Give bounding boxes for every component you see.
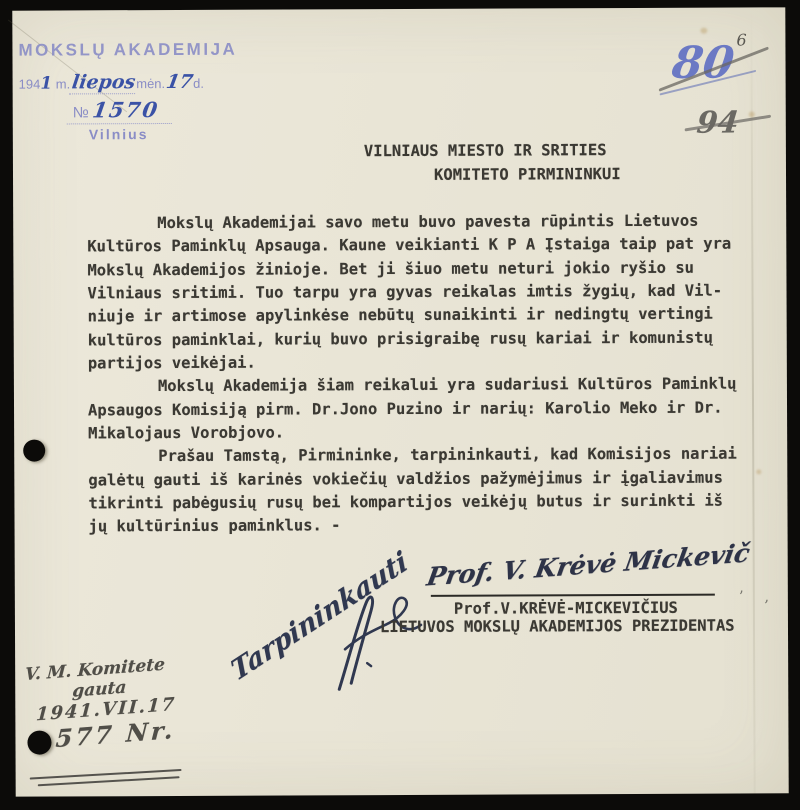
initials-scribble: [301, 571, 432, 702]
body-line: Prašau Tamstą, Pirmininke, tarpininkauti…: [88, 445, 737, 471]
body-line: Mokslų Akademijai savo metu buvo pavesta…: [87, 212, 736, 238]
body-line: Mikalojaus Vorobjovo.: [88, 422, 737, 448]
signature-underline: [431, 594, 715, 597]
stamp-day-handwritten: 17: [163, 71, 195, 93]
stamp-number-handwritten: 1570: [91, 97, 161, 122]
body-line: partijos veikėjai.: [88, 352, 737, 378]
body-line: Mokslų Akademijos žinioje. Bet ji šiuo m…: [87, 258, 736, 284]
body-line: niuje ir artimose apylinkėse nebūtų suna…: [88, 305, 737, 331]
punch-hole: [23, 440, 45, 462]
paper-stain: [700, 28, 707, 34]
body-line: Mokslų Akademija šiam reikalui yra sudar…: [88, 375, 737, 401]
addressee-line-1: VILNIAUS MIESTO IR SRITIES: [364, 139, 621, 164]
stamp-no-label: №: [73, 104, 89, 121]
paper-stain: [756, 469, 761, 474]
stamp-city: Vilnius: [89, 126, 244, 143]
crossed-number-94: 94: [695, 106, 740, 141]
body-line: galėtų gauti iš karinės vokiečių valdžio…: [88, 468, 737, 494]
body-line: tikrinti pabėgusių rusų bei kompartijos …: [88, 492, 737, 518]
stamp-year-handwritten: 1: [40, 74, 52, 94]
stamp-m-label: m.: [56, 76, 71, 91]
pencil-superscript-6: 6: [736, 30, 746, 49]
stamp-year-prefix: 194: [19, 77, 41, 92]
stamp-men-label: mėn.: [136, 76, 165, 91]
paper-crease-vertical: [750, 7, 755, 793]
signatory-typed-role: LIETUVOS MOKSLŲ AKADEMIJOS PREZIDENTAS: [380, 617, 735, 637]
stamp-number-line: № 1570: [67, 97, 172, 124]
stamp-d-label: d.: [193, 76, 204, 91]
handwritten-signature: Prof. V. Krėvė Mickevič: [425, 540, 729, 592]
body-line: Vilniaus sritimi. Tuo tarpu yra gyvas re…: [87, 282, 736, 308]
document-paper: MOKSLŲ AKADEMIJA 1941 m.lieposmėn.17d. №…: [12, 7, 788, 796]
stamp-month-handwritten: liepos: [69, 71, 138, 94]
body-line: kultūros paminklai, kurių buvo prisigrai…: [88, 328, 737, 354]
signatory-typed-name: Prof.V.KRĖVĖ-MICKEVIČIUS: [454, 599, 678, 618]
letter-body: Mokslų Akademijai savo metu buvo pavesta…: [87, 212, 737, 542]
addressee-line-2: KOMITETO PIRMININKUI: [364, 163, 621, 188]
addressee-title: VILNIAUS MIESTO IR SRITIES KOMITETO PIRM…: [364, 139, 621, 187]
body-line: Kultūros Paminklų Apsauga. Kaune veikian…: [87, 235, 736, 261]
punch-hole: [27, 731, 51, 755]
stamp-date-line: 1941 m.lieposmėn.17d.: [19, 71, 244, 95]
body-line: Apsaugos Komisiją pirm. Dr.Jono Puzino i…: [88, 398, 737, 424]
received-note: V. M. Komitete gauta 1941.VII.17 577 Nr.: [24, 652, 210, 755]
stamp-org-name: MOKSLŲ AKADEMIJA: [18, 40, 243, 61]
pencil-marks: ’ ,: [739, 587, 777, 605]
registry-stamp: MOKSLŲ AKADEMIJA 1941 m.lieposmėn.17d. №…: [18, 40, 243, 143]
crossed-number-80: 80: [669, 38, 737, 89]
